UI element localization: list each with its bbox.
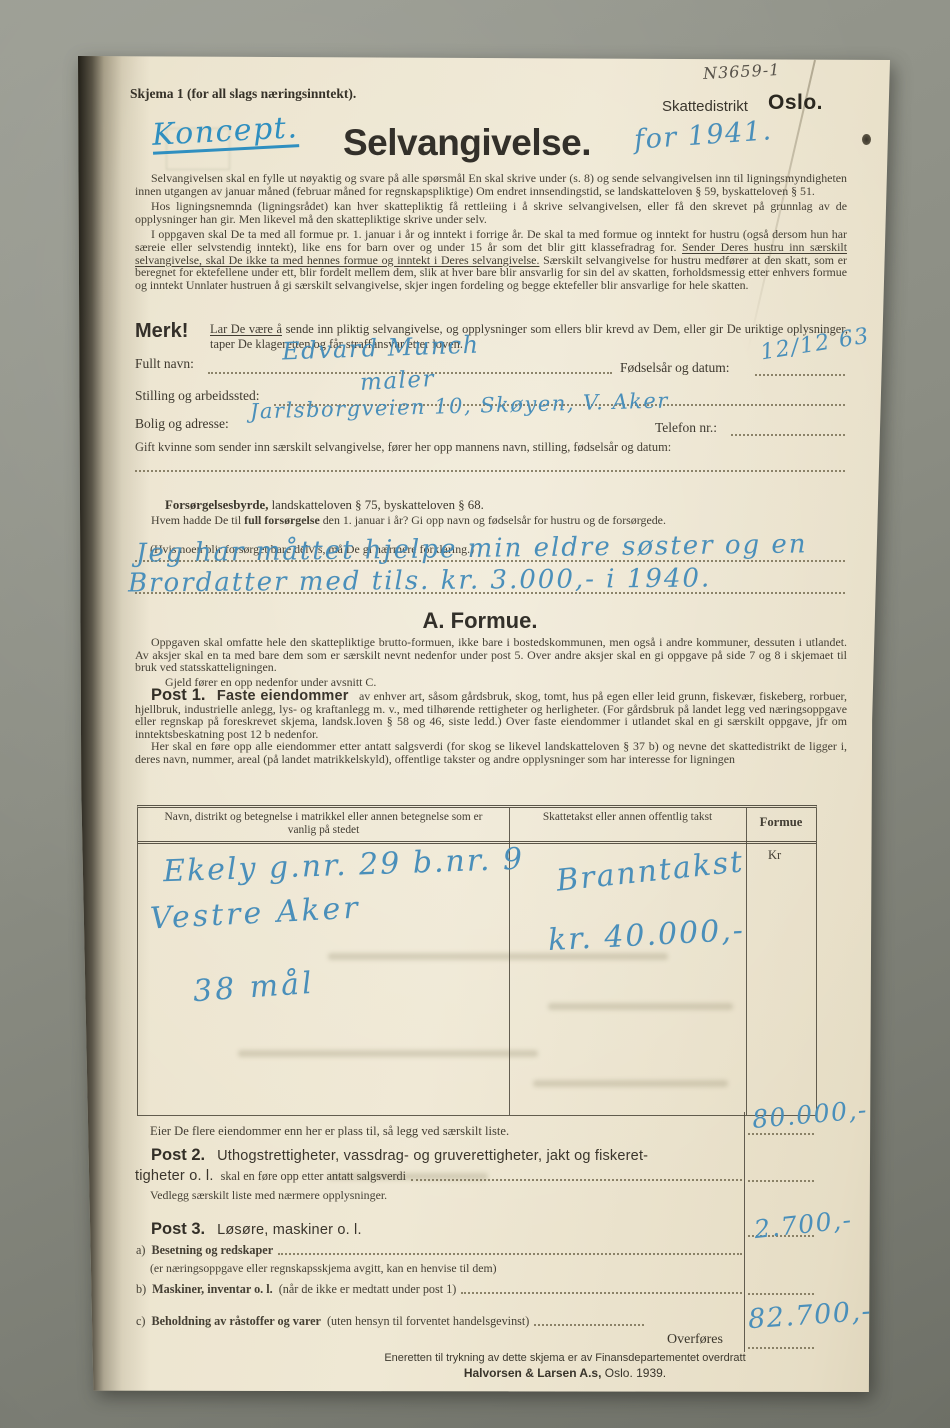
post3-title: Løsøre, maskiner o. l.: [217, 1222, 362, 1238]
tax-form-page: N3659-1 Skjema 1 (for all slags næringsi…: [78, 48, 890, 1392]
archive-number-annotation: N3659-1: [703, 60, 781, 83]
phone-label: Telefon nr.:: [655, 420, 717, 436]
intro-paragraphs: Selvangivelsen skal en fylle ut nøyaktig…: [135, 172, 847, 294]
address-label: Bolig og adresse:: [135, 416, 229, 432]
dependents-answer-line1: Jeg har måttet hjelpe min eldre søster o…: [136, 529, 808, 568]
currency-label: Kr: [768, 848, 781, 863]
post3-label: Post 3.: [151, 1220, 205, 1238]
post2-leader-dots: [411, 1179, 742, 1181]
birth-date-label: Fødselsår og datum:: [620, 360, 730, 376]
amount-column-rule: [744, 1112, 745, 1352]
bleed-through-box: [166, 128, 230, 170]
post3-c-leader: [534, 1324, 644, 1326]
occupation-value: maler: [359, 366, 435, 396]
dependents-question: Hvem hadde De til full forsørgelse den 1…: [135, 514, 847, 527]
post2-label: Post 2.: [151, 1146, 205, 1164]
post3-c-rest: (uten hensyn til forventet handelsgevins…: [327, 1314, 529, 1329]
post3-heading: Post 3. Løsøre, maskiner o. l.: [135, 1220, 745, 1239]
district-value: Oslo.: [768, 91, 823, 115]
post3-a-leader: [278, 1253, 742, 1255]
table-header-name: Navn, distrikt og betegnelse i matrikkel…: [138, 808, 509, 841]
property-tax-line1: Branntakst: [555, 844, 746, 899]
section-a-intro: Oppgaven skal omfatte hele den skattepli…: [135, 636, 847, 674]
occupation-line: [274, 404, 845, 406]
occupation-label: Stilling og arbeidssted:: [135, 388, 260, 404]
post2-note: Vedlegg særskilt liste med nærmere opply…: [150, 1188, 745, 1203]
binding-shadow: [78, 48, 150, 1392]
district-label: Skattedistrikt: [662, 98, 748, 115]
phone-line: [731, 434, 845, 436]
post2-block: Post 2. Uthogstrettigheter, vassdrag- og…: [135, 1146, 745, 1203]
form-type-label: Skjema 1 (for all slags næringsinntekt).: [130, 86, 356, 102]
post3-row-b: b) Maskiner, inventar o. l. (når de ikke…: [136, 1282, 745, 1297]
post3-a-value: 2.700,-: [753, 1205, 854, 1244]
post2-title-line2: tigheter o. l.: [135, 1168, 214, 1184]
bleed-through-line: [328, 953, 668, 960]
dependents-heading: Forsørgelsesbyrde, landskatteloven § 75,…: [165, 498, 484, 513]
table-divider-2: [746, 808, 747, 1115]
more-properties-note: Eier De flere eiendommer enn her er plas…: [150, 1124, 750, 1139]
birth-date-line: [755, 374, 845, 376]
address-value: Jarlsborgveien 10, Skøyen, V. Aker: [250, 389, 669, 424]
answer-line-2: [135, 592, 845, 594]
intro-paragraph-2: Hos ligningsnemnda (ligningsrådet) kan h…: [135, 200, 847, 225]
amount-line-post3b: [748, 1293, 814, 1295]
post3-c-label-bold: Beholdning av råstoffer og varer: [151, 1314, 320, 1329]
section-a-title: A. Formue.: [135, 608, 825, 634]
post1-title: Faste eiendommer: [217, 688, 349, 704]
carry-over-label: Overføres: [667, 1332, 723, 1348]
post3-row-a: a) Besetning og redskaper: [136, 1243, 745, 1258]
post2-body: skal en føre opp etter antatt salgsverdi: [221, 1169, 406, 1184]
bleed-through-line: [548, 1003, 733, 1010]
full-name-label: Fullt navn:: [135, 356, 194, 372]
post1-block: Post 1. Faste eiendommer av enhver art, …: [135, 689, 847, 766]
bleed-through-line: [238, 1050, 538, 1057]
section-a-debt-note: Gjeld fører en opp nedenfor under avsnit…: [165, 675, 376, 690]
property-name-line1: Ekely g.nr. 29 b.nr. 9: [162, 842, 524, 890]
post3-b-leader: [461, 1292, 742, 1294]
table-header-tax: Skattetakst eller annen offentlig takst: [509, 808, 746, 841]
paper-spot: [862, 134, 871, 145]
property-name-line2: Vestre Aker: [149, 891, 361, 937]
post1-label: Post 1.: [151, 686, 206, 704]
dependents-note: (Hvis noen blir forsørget bare delvis, m…: [150, 542, 474, 557]
post2-title-line1: Uthogstrettigheter, vassdrag- og gruvere…: [217, 1148, 648, 1164]
post3-a-label-bold: Besetning og redskaper: [151, 1243, 273, 1258]
concept-handwritten-note: Koncept.: [151, 110, 299, 153]
carry-over-line: [748, 1347, 814, 1349]
corner-crease: [747, 60, 816, 353]
birth-date-value: 12/12 63: [759, 324, 872, 366]
full-name-line: [208, 372, 612, 374]
year-handwritten-note: for 1941.: [633, 115, 773, 156]
post3-b-label-bold: Maskiner, inventar o. l.: [152, 1282, 273, 1297]
table-header-formue: Formue: [746, 808, 816, 841]
underlined-rule: Sender Deres hustru inn særskilt selvang…: [135, 240, 847, 267]
property-table: Navn, distrikt og betegnelse i matrikkel…: [137, 805, 817, 1116]
post3-b-rest: (når de ikke er medtatt under post 1): [279, 1282, 457, 1297]
intro-paragraph-1: Selvangivelsen skal en fylle ut nøyaktig…: [135, 172, 847, 197]
property-name-line3: 38 mål: [192, 966, 316, 1009]
amount-line-post3a: [748, 1235, 814, 1237]
dependents-answer-line2: Brordatter med tils. kr. 3.000,- i 1940.: [128, 563, 712, 598]
printer-credit-line2: Halvorsen & Larsen A.s, Oslo. 1939.: [275, 1366, 855, 1380]
photo-of-document: N3659-1 Skjema 1 (for all slags næringsi…: [0, 0, 950, 1428]
post3-row-c: c) Beholdning av råstoffer og varer (ute…: [136, 1314, 745, 1329]
merk-text: Lar De være å sende inn pliktig selvangi…: [210, 322, 848, 351]
property-tax-line2: kr. 40.000,-: [547, 913, 746, 958]
amount-line-post2: [748, 1180, 814, 1182]
answer-line-1: [135, 560, 845, 562]
post1-formue-value: 80.000,-: [751, 1095, 869, 1134]
intro-paragraph-3: I oppgaven skal De ta med all formue pr.…: [135, 228, 847, 291]
married-woman-note: Gift kvinne som sender inn særskilt selv…: [135, 440, 847, 455]
printer-credit-line1: Eneretten til trykning av dette skjema e…: [275, 1352, 855, 1364]
post3-a-note: (er næringsoppgave eller regnskapsskjema…: [150, 1261, 497, 1276]
merk-label: Merk!: [135, 320, 188, 343]
post1-body2: Her skal en føre opp alle eiendommer ett…: [135, 740, 847, 765]
table-divider-1: [509, 808, 510, 1115]
carry-over-value: 82.700,-: [747, 1296, 873, 1336]
full-name-value: Edvard Munch: [282, 331, 480, 366]
bleed-through-line: [328, 1173, 488, 1180]
amount-line-post1: [748, 1133, 814, 1135]
married-woman-line: [135, 470, 845, 472]
form-title: Selvangivelse.: [343, 122, 591, 164]
bleed-through-line: [533, 1080, 728, 1087]
